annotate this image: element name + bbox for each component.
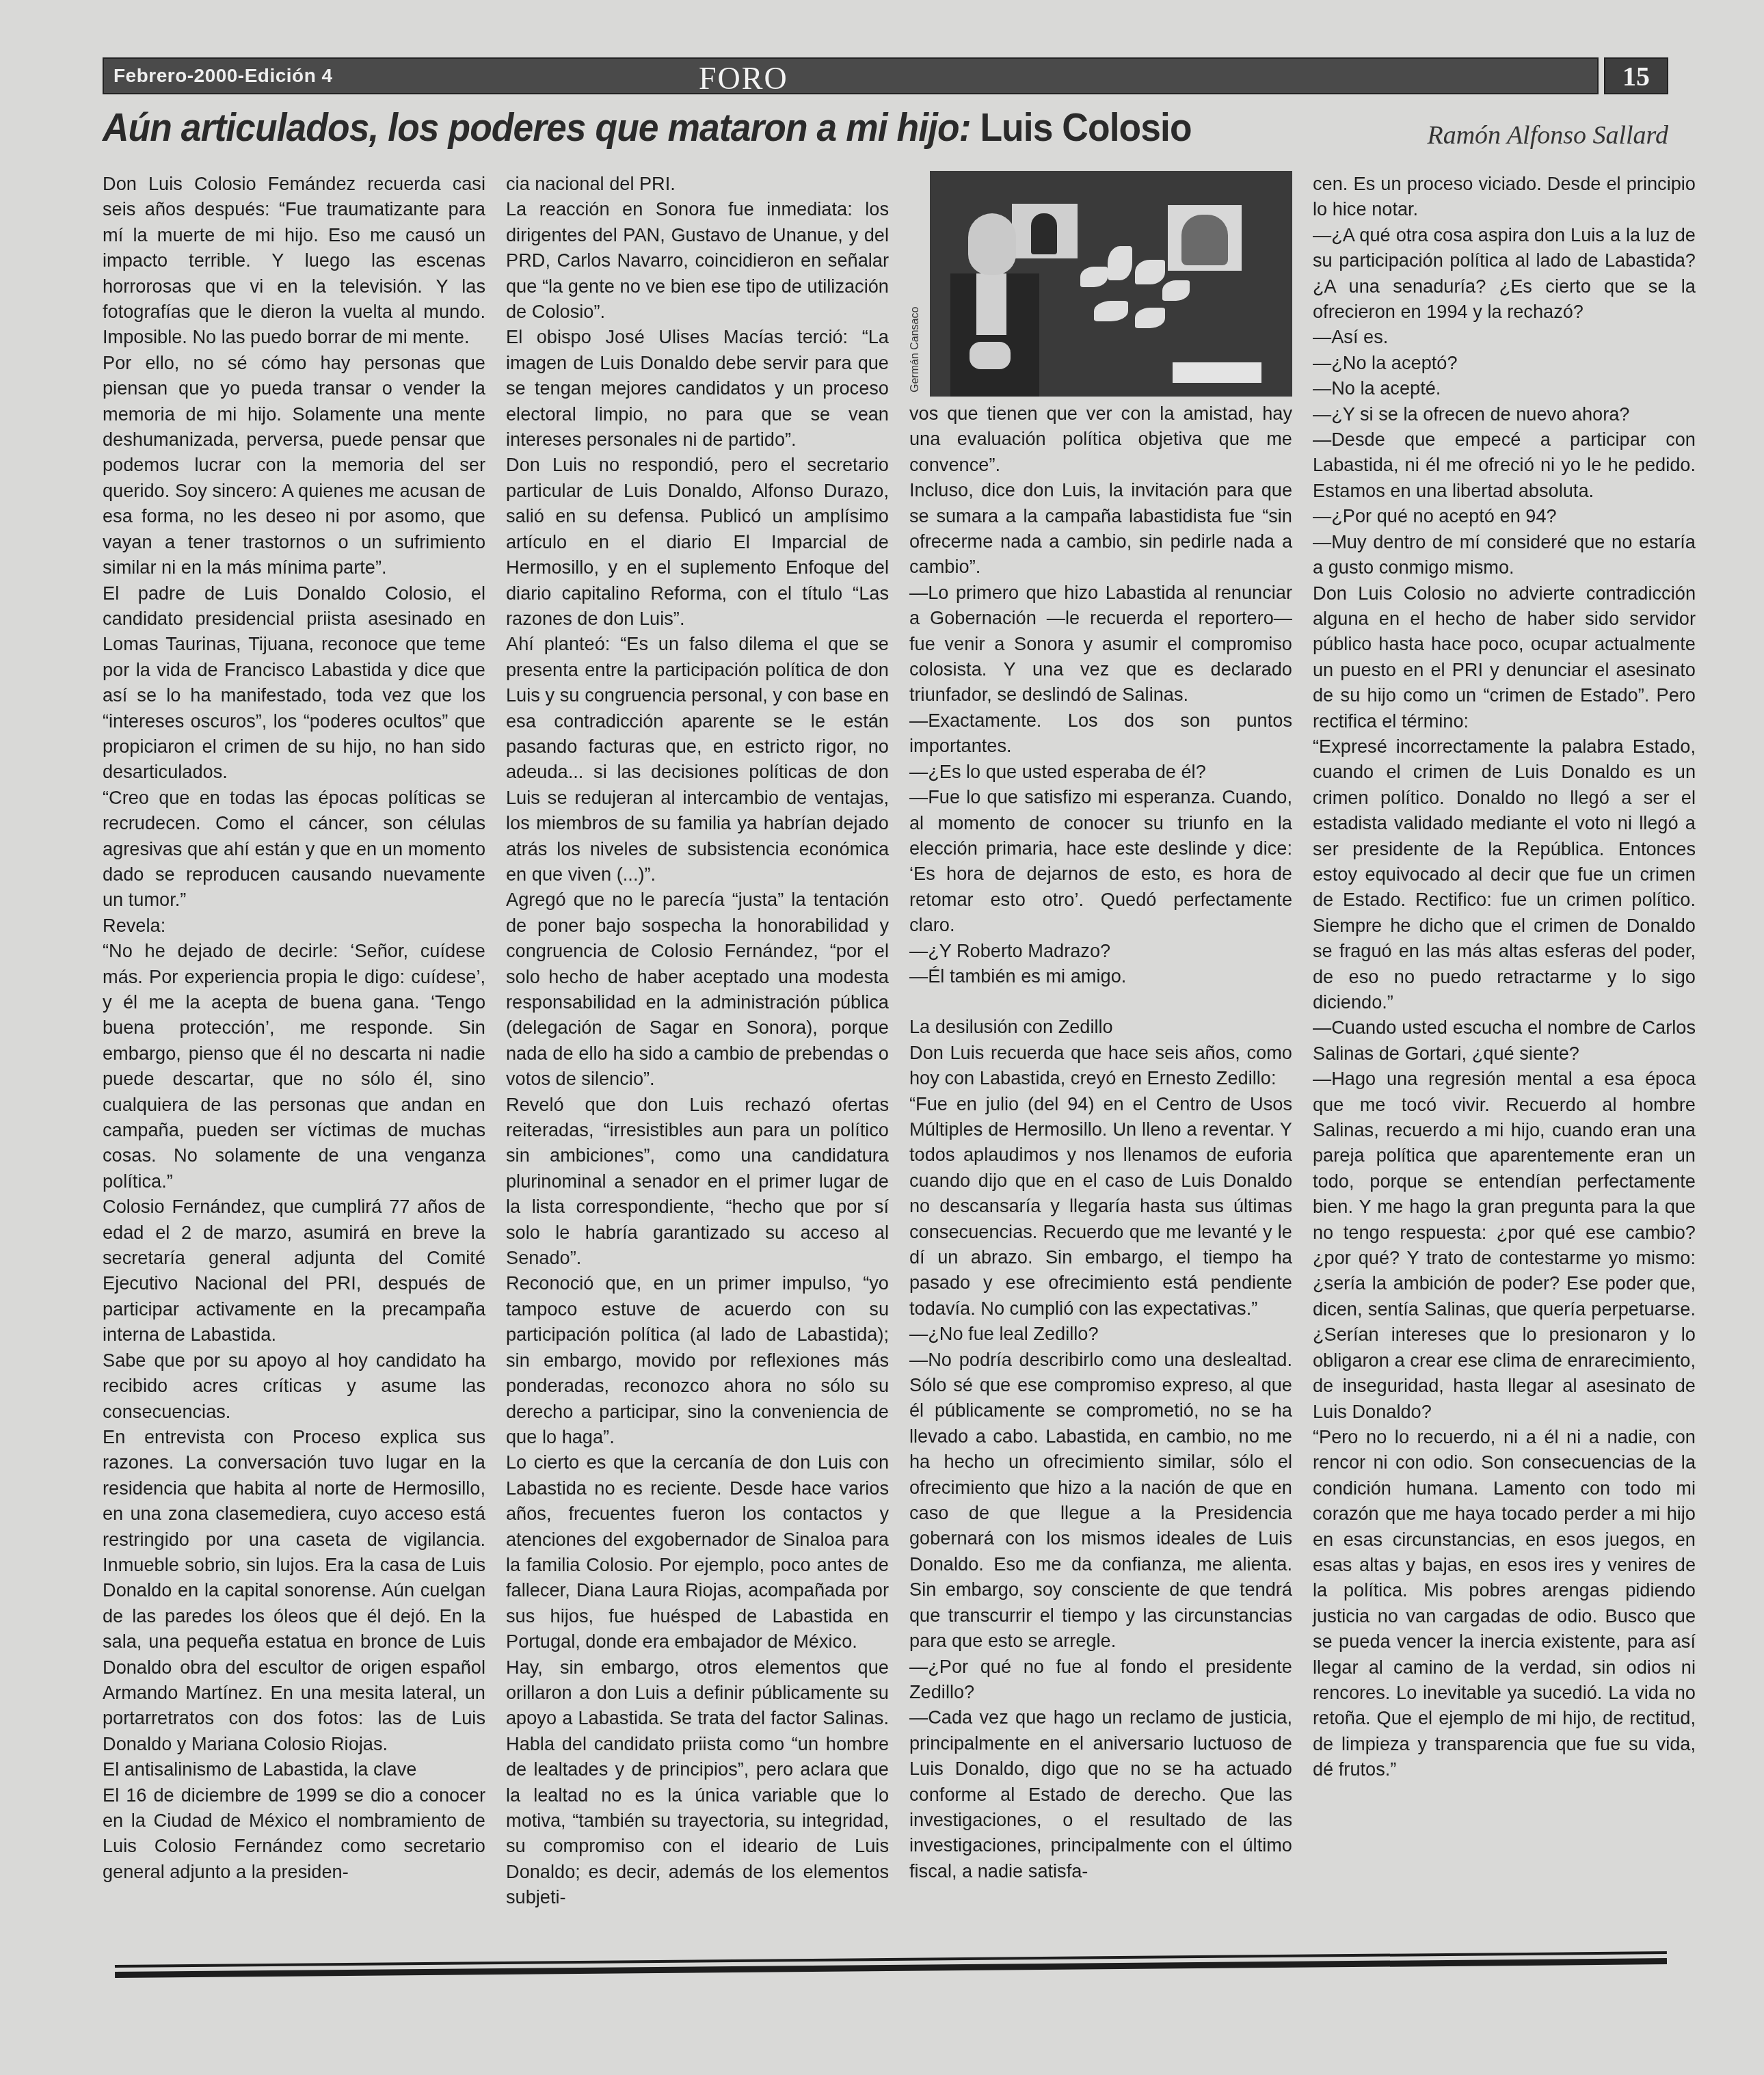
paragraph: —No podría describirlo como una deslealt… (909, 1347, 1292, 1654)
paragraph: Hay, sin embargo, otros elementos que or… (506, 1655, 889, 1910)
paragraph: “Pero no lo recuerdo, ni a él ni a nadie… (1313, 1424, 1696, 1782)
paragraph: “Fue en julio (del 94) en el Centro de U… (909, 1091, 1292, 1322)
paragraph: El padre de Luis Donaldo Colosio, el can… (103, 580, 485, 785)
paragraph: cen. Es un proceso viciado. Desde el pri… (1313, 171, 1696, 222)
paragraph: Agregó que no le parecía “justa” la tent… (506, 887, 889, 1091)
paragraph: —Desde que empecé a participar con Labas… (1313, 427, 1696, 503)
article-photo (930, 171, 1292, 397)
paragraph: La reacción en Sonora fue inmediata: los… (506, 196, 889, 324)
headline-row: Aún articulados, los poderes que mataron… (103, 103, 1668, 150)
paragraph: —Exactamente. Los dos son puntos importa… (909, 708, 1292, 759)
paragraph: Revela: (103, 913, 485, 938)
paragraph: —¿No fue leal Zedillo? (909, 1321, 1292, 1346)
section-band-main: Febrero-2000-Edición 4 FORO (103, 57, 1599, 94)
paragraph: —Lo primero que hizo Labastida al renunc… (909, 580, 1292, 708)
photo-credit: Germán Cansaco (909, 171, 926, 397)
paragraph: Por ello, no sé cómo hay personas que pi… (103, 350, 485, 580)
column-4: cen. Es un proceso viciado. Desde el pri… (1313, 171, 1696, 1949)
paragraph: “Expresé incorrectamente la palabra Esta… (1313, 734, 1696, 1015)
column-1: Don Luis Colosio Femández recuerda casi … (103, 171, 485, 1949)
paragraph: —Hago una regresión mental a esa época q… (1313, 1066, 1696, 1424)
paragraph: —Así es. (1313, 324, 1696, 349)
paragraph: “No he dejado de decirle: ‘Señor, cuídes… (103, 938, 485, 1194)
photo-block: Germán Cansaco (909, 171, 1292, 397)
photo-figure (970, 342, 1011, 369)
paragraph: —Cuando usted escucha el nombre de Carlo… (1313, 1015, 1696, 1066)
paragraph: —¿Por qué no aceptó en 94? (1313, 503, 1696, 528)
paragraph: El obispo José Ulises Macías terció: “La… (506, 324, 889, 452)
paragraph: Lo cierto es que la cercanía de don Luis… (506, 1449, 889, 1654)
paragraph: —¿No la aceptó? (1313, 350, 1696, 375)
subheading: La desilusión con Zedillo (909, 1014, 1292, 1039)
flowers (1067, 239, 1203, 349)
paragraph: En entrevista con Proceso explica sus ra… (103, 1424, 485, 1756)
paragraph: Ahí planteó: “Es un falso dilema el que … (506, 631, 889, 887)
section-band: Febrero-2000-Edición 4 FORO 15 (103, 57, 1668, 94)
photo-figure (976, 273, 1006, 335)
headline: Aún articulados, los poderes que mataron… (103, 105, 1192, 150)
paragraph: —¿Es lo que usted esperaba de él? (909, 759, 1292, 784)
section-title: FORO (699, 60, 788, 96)
page-number: 15 (1604, 57, 1668, 94)
paragraph: El 16 de diciembre de 1999 se dio a cono… (103, 1782, 485, 1885)
paragraph: —Fue lo que satisfizo mi esperanza. Cuan… (909, 784, 1292, 937)
paragraph: —¿Y si se la ofrecen de nuevo ahora? (1313, 401, 1696, 427)
photo-figure (968, 213, 1016, 275)
headline-name: Luis Colosio (980, 105, 1191, 150)
paragraph: —Muy dentro de mí consideré que no estar… (1313, 529, 1696, 580)
paragraph: —Él también es mi amigo. (909, 963, 1292, 989)
paragraph: cia nacional del PRI. (506, 171, 889, 196)
paragraph: Don Luis Colosio no advierte contradicci… (1313, 580, 1696, 734)
paragraph: Don Luis Colosio Femández recuerda casi … (103, 171, 485, 350)
paragraph: vos que tienen que ver con la amistad, h… (909, 401, 1292, 477)
paragraph: “Creo que en todas las épocas políticas … (103, 785, 485, 913)
paragraph: Incluso, dice don Luis, la invitación pa… (909, 477, 1292, 580)
paragraph: Don Luis no respondió, pero el secretari… (506, 452, 889, 631)
column-2: cia nacional del PRI. La reacción en Son… (506, 171, 889, 1949)
byline: Ramón Alfonso Sallard (1427, 120, 1668, 150)
bottom-double-rule (115, 1951, 1667, 1980)
subheading: El antisalinismo de Labastida, la clave (103, 1756, 485, 1782)
paragraph: —No la acepté. (1313, 375, 1696, 401)
paragraph: —¿Por qué no fue al fondo el presidente … (909, 1654, 1292, 1705)
page-header: Febrero-2000-Edición 4 FORO 15 Aún artic… (103, 57, 1668, 150)
column-3: Germán Cansaco vos que tienen (909, 171, 1292, 1949)
paragraph: Don Luis recuerda que hace seis años, co… (909, 1040, 1292, 1091)
paragraph: —¿A qué otra cosa aspira don Luis a la l… (1313, 222, 1696, 325)
paragraph: Colosio Fernández, que cumplirá 77 años … (103, 1194, 485, 1347)
paragraph: Reveló que don Luis rechazó ofertas reit… (506, 1092, 889, 1271)
paragraph: —¿Y Roberto Madrazo? (909, 938, 1292, 963)
headline-main: Aún articulados, los poderes que mataron… (103, 105, 971, 150)
paragraph: Sabe que por su apoyo al hoy candidato h… (103, 1348, 485, 1424)
photo-plate (1173, 362, 1261, 383)
paragraph: —Cada vez que hago un reclamo de justici… (909, 1704, 1292, 1884)
paragraph: Reconoció que, en un primer impulso, “yo… (506, 1270, 889, 1449)
article-body: Don Luis Colosio Femández recuerda casi … (103, 171, 1668, 1949)
date-edition: Febrero-2000-Edición 4 (113, 65, 333, 87)
